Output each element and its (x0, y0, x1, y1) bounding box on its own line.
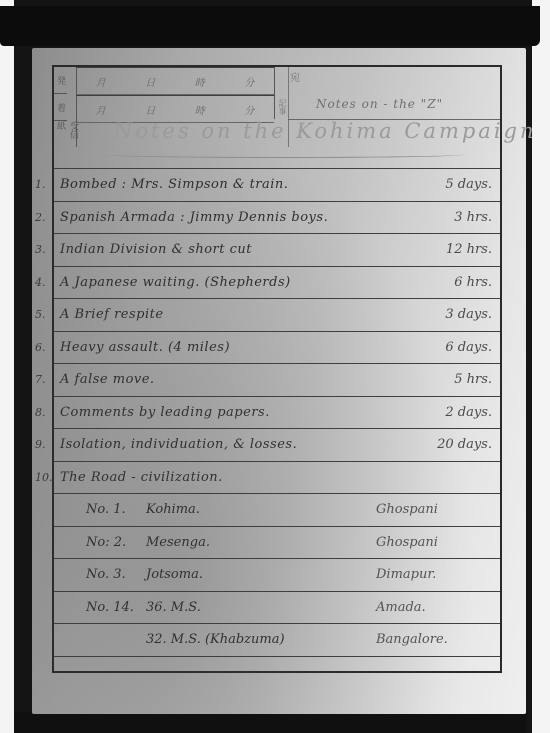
item-duration: 2 days. (445, 405, 492, 420)
blank-line (54, 656, 500, 689)
item-number: 8. (35, 406, 46, 419)
title-underline (104, 151, 464, 158)
item-text: Indian Division & short cut (60, 242, 252, 257)
header-note: Notes on - the "Z" (316, 97, 443, 111)
page-title: Notes on the Kohima Campaign (114, 119, 537, 143)
list-item: 8. Comments by leading papers. 2 days. (54, 396, 500, 429)
sub-item-place: Bangalore. (376, 632, 448, 647)
item-duration: 3 days. (445, 307, 492, 322)
minute-label: 分 (244, 74, 254, 89)
sub-list-item: No. 14. 36. M.S. Amada. (54, 591, 500, 624)
sub-list-item: No: 2. Mesenga. Ghospani (54, 526, 500, 559)
list-item: 3. Indian Division & short cut 12 hrs. (54, 233, 500, 266)
item-number: 1. (35, 178, 46, 191)
header-label: 発 (54, 67, 67, 94)
header-datetime-grid: 月 日 時 分 月 日 時 分 (76, 67, 275, 119)
item-duration: 5 hrs. (454, 372, 492, 387)
sub-item-name: Mesenga. (146, 535, 210, 550)
day-label: 日 (145, 102, 155, 117)
sub-list-item: No. 3. Jotsoma. Dimapur. (54, 558, 500, 591)
item-number: 2. (35, 211, 46, 224)
item-text: A Japanese waiting. (Shepherds) (60, 275, 291, 290)
item-duration: 6 days. (445, 340, 492, 355)
list-item: 10. The Road - civilization. (54, 461, 500, 494)
item-text: A false move. (60, 372, 155, 387)
item-duration: 12 hrs. (446, 242, 492, 257)
book-binding-top (0, 6, 540, 46)
header-right-label: 宛 (290, 69, 300, 84)
list-item: 6. Heavy assault. (4 miles) 6 days. (54, 331, 500, 364)
list-item: 2. Spanish Armada : Jimmy Dennis boys. 3… (54, 201, 500, 234)
list-item: 9. Isolation, individuation, & losses. 2… (54, 428, 500, 461)
hour-label: 時 (195, 102, 205, 117)
item-text: Comments by leading papers. (60, 405, 270, 420)
header-label-column: 発 着 受信紙 (54, 67, 77, 147)
form-frame: 発 着 受信紙 月 日 時 分 月 日 時 分 記事 宛 Notes on - … (52, 65, 502, 673)
item-number: 6. (35, 341, 46, 354)
item-number: 9. (35, 438, 46, 451)
day-label: 日 (145, 74, 155, 89)
sub-item-label: No. 3. (86, 567, 126, 582)
item-text: Spanish Armada : Jimmy Dennis boys. (60, 210, 328, 225)
item-text: A Brief respite (60, 307, 164, 322)
sub-item-name: 32. M.S. (Khabzuma) (146, 632, 285, 647)
item-number: 10. (35, 471, 53, 484)
ruled-lines: 1. Bombed : Mrs. Simpson & train. 5 days… (54, 168, 500, 688)
sub-item-label: No. 14. (86, 600, 134, 615)
item-duration: 20 days. (437, 437, 492, 452)
list-item: 7. A false move. 5 hrs. (54, 363, 500, 396)
item-number: 5. (35, 308, 46, 321)
sub-item-label: No: 2. (86, 535, 126, 550)
header-label: 受信紙 (54, 121, 80, 147)
month-label: 月 (96, 102, 106, 117)
item-duration: 5 days. (445, 177, 492, 192)
item-text: Bombed : Mrs. Simpson & train. (60, 177, 288, 192)
minute-label: 分 (244, 102, 254, 117)
sub-item-place: Ghospani (376, 502, 438, 517)
sub-list-item: 32. M.S. (Khabzuma) Bangalore. (54, 623, 500, 656)
item-number: 4. (35, 276, 46, 289)
sub-item-name: 36. M.S. (146, 600, 201, 615)
sub-item-place: Dimapur. (376, 567, 436, 582)
list-item: 1. Bombed : Mrs. Simpson & train. 5 days… (54, 168, 500, 201)
sub-item-place: Amada. (376, 600, 426, 615)
sub-item-name: Kohima. (146, 502, 200, 517)
item-text: The Road - civilization. (60, 470, 223, 485)
item-number: 7. (35, 373, 46, 386)
sub-item-label: No. 1. (86, 502, 126, 517)
item-duration: 3 hrs. (454, 210, 492, 225)
month-label: 月 (96, 74, 106, 89)
sub-list-item: No. 1. Kohima. Ghospani (54, 493, 500, 526)
sub-item-name: Jotsoma. (146, 567, 203, 582)
sub-item-place: Ghospani (376, 535, 438, 550)
item-text: Heavy assault. (4 miles) (60, 340, 230, 355)
header-label: 着 (54, 94, 67, 121)
item-duration: 6 hrs. (454, 275, 492, 290)
datetime-row: 月 日 時 分 (76, 67, 274, 95)
notebook-page: 発 着 受信紙 月 日 時 分 月 日 時 分 記事 宛 Notes on - … (32, 48, 526, 714)
book-binding-bottom (14, 712, 526, 733)
item-number: 3. (35, 243, 46, 256)
item-text: Isolation, individuation, & losses. (60, 437, 297, 452)
hour-label: 時 (195, 74, 205, 89)
list-item: 4. A Japanese waiting. (Shepherds) 6 hrs… (54, 266, 500, 299)
list-item: 5. A Brief respite 3 days. (54, 298, 500, 331)
